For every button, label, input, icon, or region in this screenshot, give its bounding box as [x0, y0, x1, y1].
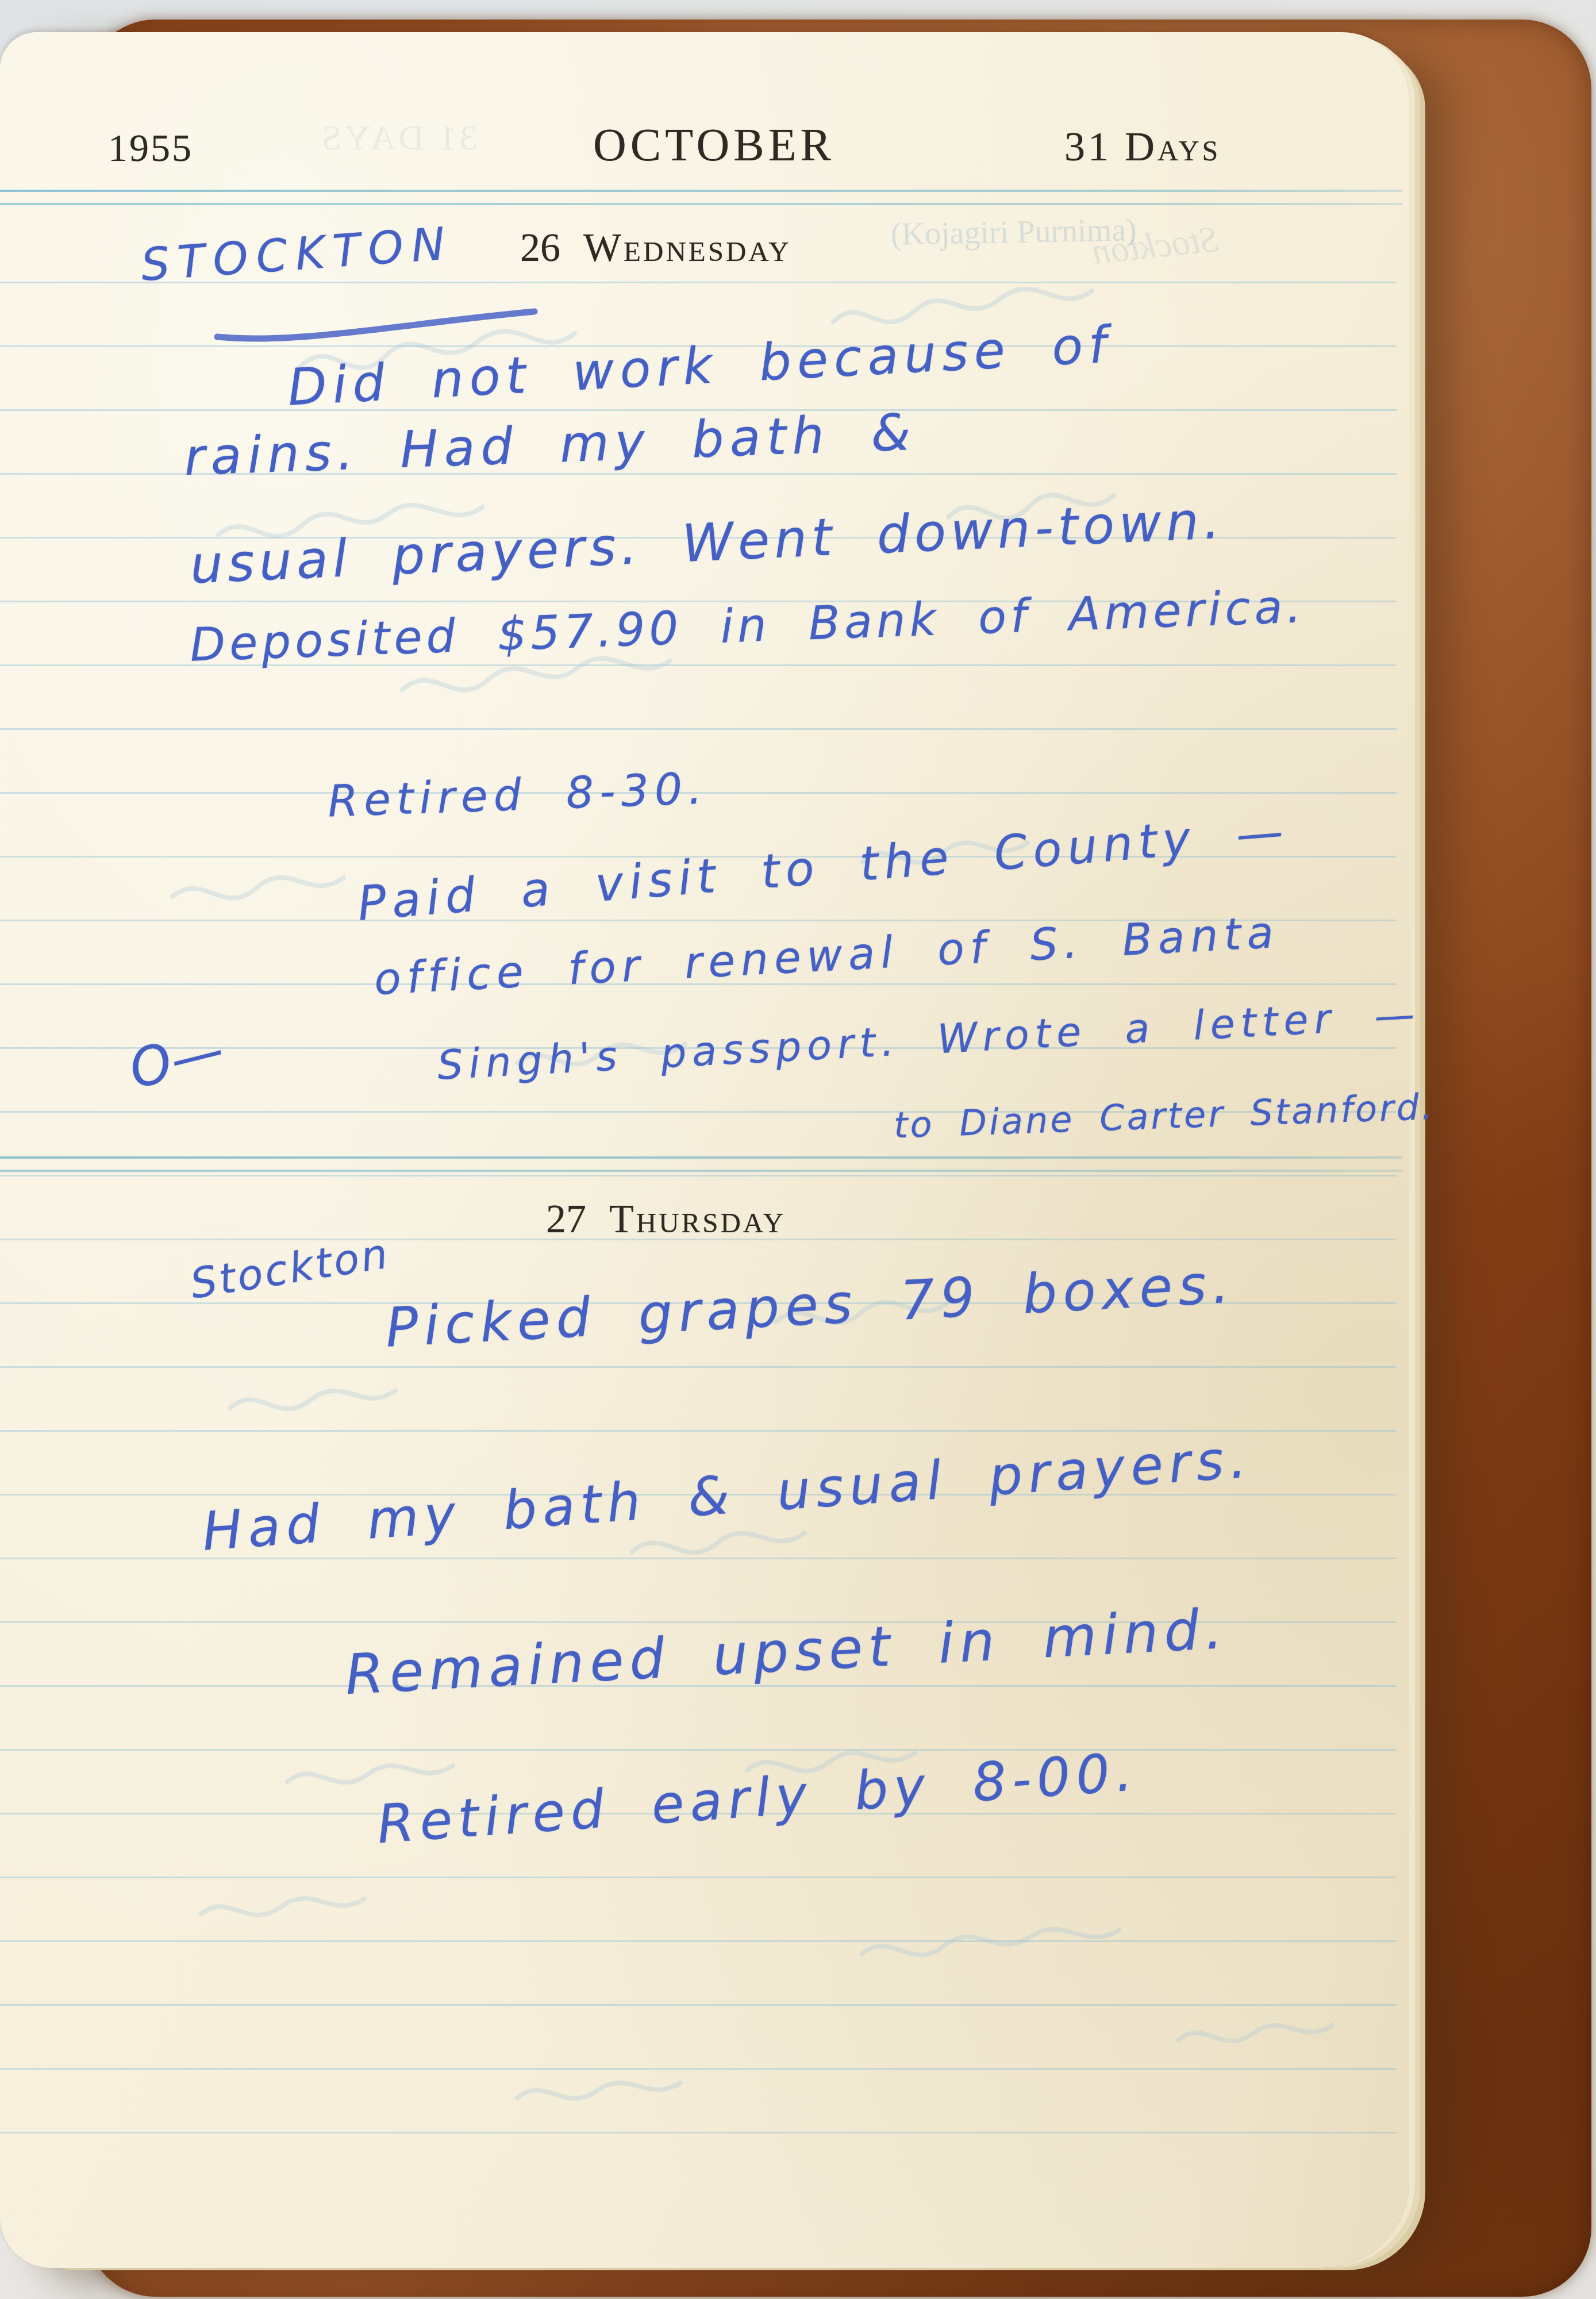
entry-separator-rule-top — [0, 1156, 1402, 1159]
diary-photo: { "header": { "year": "1955", "month": "… — [0, 0, 1596, 2299]
header-rule-top — [0, 190, 1402, 192]
entry-day-name: Thursday — [609, 1197, 786, 1243]
header-rule-bottom — [0, 203, 1402, 205]
entry-date-number: 26 — [520, 225, 560, 271]
month-label: OCTOBER — [593, 120, 835, 172]
year-label: 1955 — [108, 125, 193, 171]
entry-separator-rule-bottom — [0, 1170, 1402, 1172]
days-count-label: 31 Days — [1064, 123, 1221, 171]
entry-day-name: Wednesday — [583, 225, 791, 271]
entry-date-number: 27 — [546, 1197, 586, 1243]
